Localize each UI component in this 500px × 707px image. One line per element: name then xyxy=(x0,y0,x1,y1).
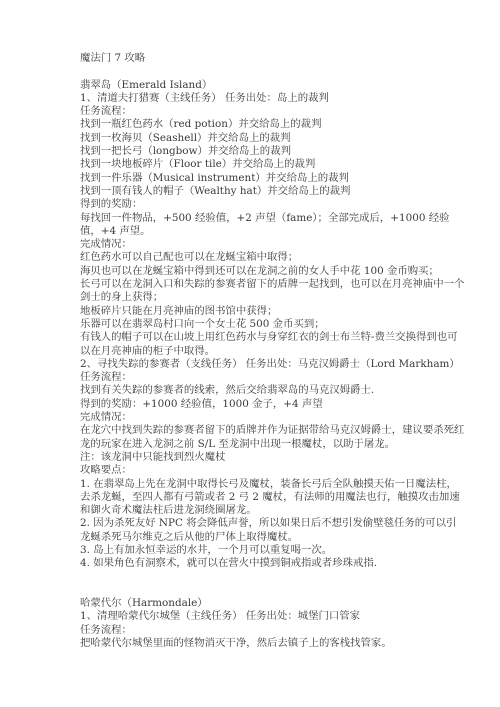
quest-title: 2、寻找失踪的参赛者（支线任务） 任务出处：马克汉姆爵士（Lord Markha… xyxy=(80,358,465,371)
spacer xyxy=(80,65,465,78)
label-completion: 完成情况： xyxy=(80,411,465,424)
completion-note: 乐器可以在翡翠岛村口向一个女士花 500 金币买到； xyxy=(80,318,465,331)
label-quest-flow: 任务流程： xyxy=(80,624,465,637)
quest-step: 找到一把长弓（longbow）并交给岛上的裁判 xyxy=(80,145,465,158)
label-quest-flow: 任务流程： xyxy=(80,105,465,118)
reward-text: 每找回一件物品，+500 经验值，+2 声望（fame）；全部完成后，+1000… xyxy=(80,212,465,239)
section-emerald-island: 翡翠岛（Emerald Island） 1、清道夫打猎赛（主线任务） 任务出处：… xyxy=(80,79,465,571)
strategy-tip: 1. 在翡翠岛上先在龙洞中取得长弓及魔杖，装备长弓后全队触摸天佑一日魔法柱，去杀… xyxy=(80,478,465,518)
quest-step: 找到一顶有钱人的帽子（Wealthy hat）并交给岛上的裁判 xyxy=(80,185,465,198)
document-page: 魔法门 7 攻略 翡翠岛（Emerald Island） 1、清道夫打猎赛（主线… xyxy=(80,52,465,650)
label-completion: 完成情况： xyxy=(80,238,465,251)
label-reward: 得到的奖励： xyxy=(80,198,465,211)
completion-note: 地板碎片只能在月亮神庙的图书馆中获得； xyxy=(80,305,465,318)
spacer xyxy=(80,584,465,597)
document-title: 魔法门 7 攻略 xyxy=(80,52,465,65)
section-heading: 翡翠岛（Emerald Island） xyxy=(80,79,465,92)
section-harmondale: 哈蒙代尔（Harmondale） 1、清理哈蒙代尔城堡（主线任务） 任务出处：城… xyxy=(80,597,465,650)
quest-step: 找到一块地板碎片（Floor tile）并交给岛上的裁判 xyxy=(80,158,465,171)
quest-step: 找到一枚海贝（Seashell）并交给岛上的裁判 xyxy=(80,132,465,145)
strategy-tip: 4. 如果角色有洞察术，就可以在营火中摸到铜戒指或者珍珠戒指. xyxy=(80,557,465,570)
completion-note: 有钱人的帽子可以在山坡上用红色药水与身穿红衣的剑士布兰特-费兰交换得到也可以在月… xyxy=(80,331,465,358)
section-heading: 哈蒙代尔（Harmondale） xyxy=(80,597,465,610)
strategy-tip: 2. 因为杀死友好 NPC 将会降低声誉，所以如果日后不想引发偷壁毯任务的可以引… xyxy=(80,517,465,544)
completion-note: 海贝也可以在龙蜒宝箱中得到还可以在龙洞之前的女人手中花 100 金币购买； xyxy=(80,265,465,278)
quest-step: 把哈蒙代尔城堡里面的怪物消灭干净，然后去镇子上的客栈找管家。 xyxy=(80,637,465,650)
completion-note: 红色药水可以自己配也可以在龙蜒宝箱中取得； xyxy=(80,251,465,264)
completion-note: 长弓可以在龙洞入口和失踪的参赛者留下的盾牌一起找到，也可以在月亮神庙中一个剑士的… xyxy=(80,278,465,305)
note-text: 注：该龙洞中只能找到烈火魔杖 xyxy=(80,451,465,464)
completion-note: 在龙穴中找到失踪的参赛者留下的盾牌并作为证据带给马克汉姆爵士，建议要杀死红龙的玩… xyxy=(80,424,465,451)
quest-step: 找到一件乐器（Musical instrument）并交给岛上的裁判 xyxy=(80,172,465,185)
quest-step: 找到有关失踪的参赛者的线索，然后交给翡翠岛的马克汉姆爵士. xyxy=(80,384,465,397)
quest-title: 1、清理哈蒙代尔城堡（主线任务） 任务出处：城堡门口管家 xyxy=(80,610,465,623)
quest-title: 1、清道夫打猎赛（主线任务） 任务出处：岛上的裁判 xyxy=(80,92,465,105)
label-quest-flow: 任务流程： xyxy=(80,371,465,384)
label-strategy-tips: 攻略要点： xyxy=(80,464,465,477)
quest-step: 找到一瓶红色药水（red potion）并交给岛上的裁判 xyxy=(80,118,465,131)
strategy-tip: 3. 岛上有加永恒幸运的水井，一个月可以重复喝一次。 xyxy=(80,544,465,557)
spacer xyxy=(80,571,465,584)
reward-text: 得到的奖励：+1000 经验值，1000 金子，+4 声望 xyxy=(80,398,465,411)
